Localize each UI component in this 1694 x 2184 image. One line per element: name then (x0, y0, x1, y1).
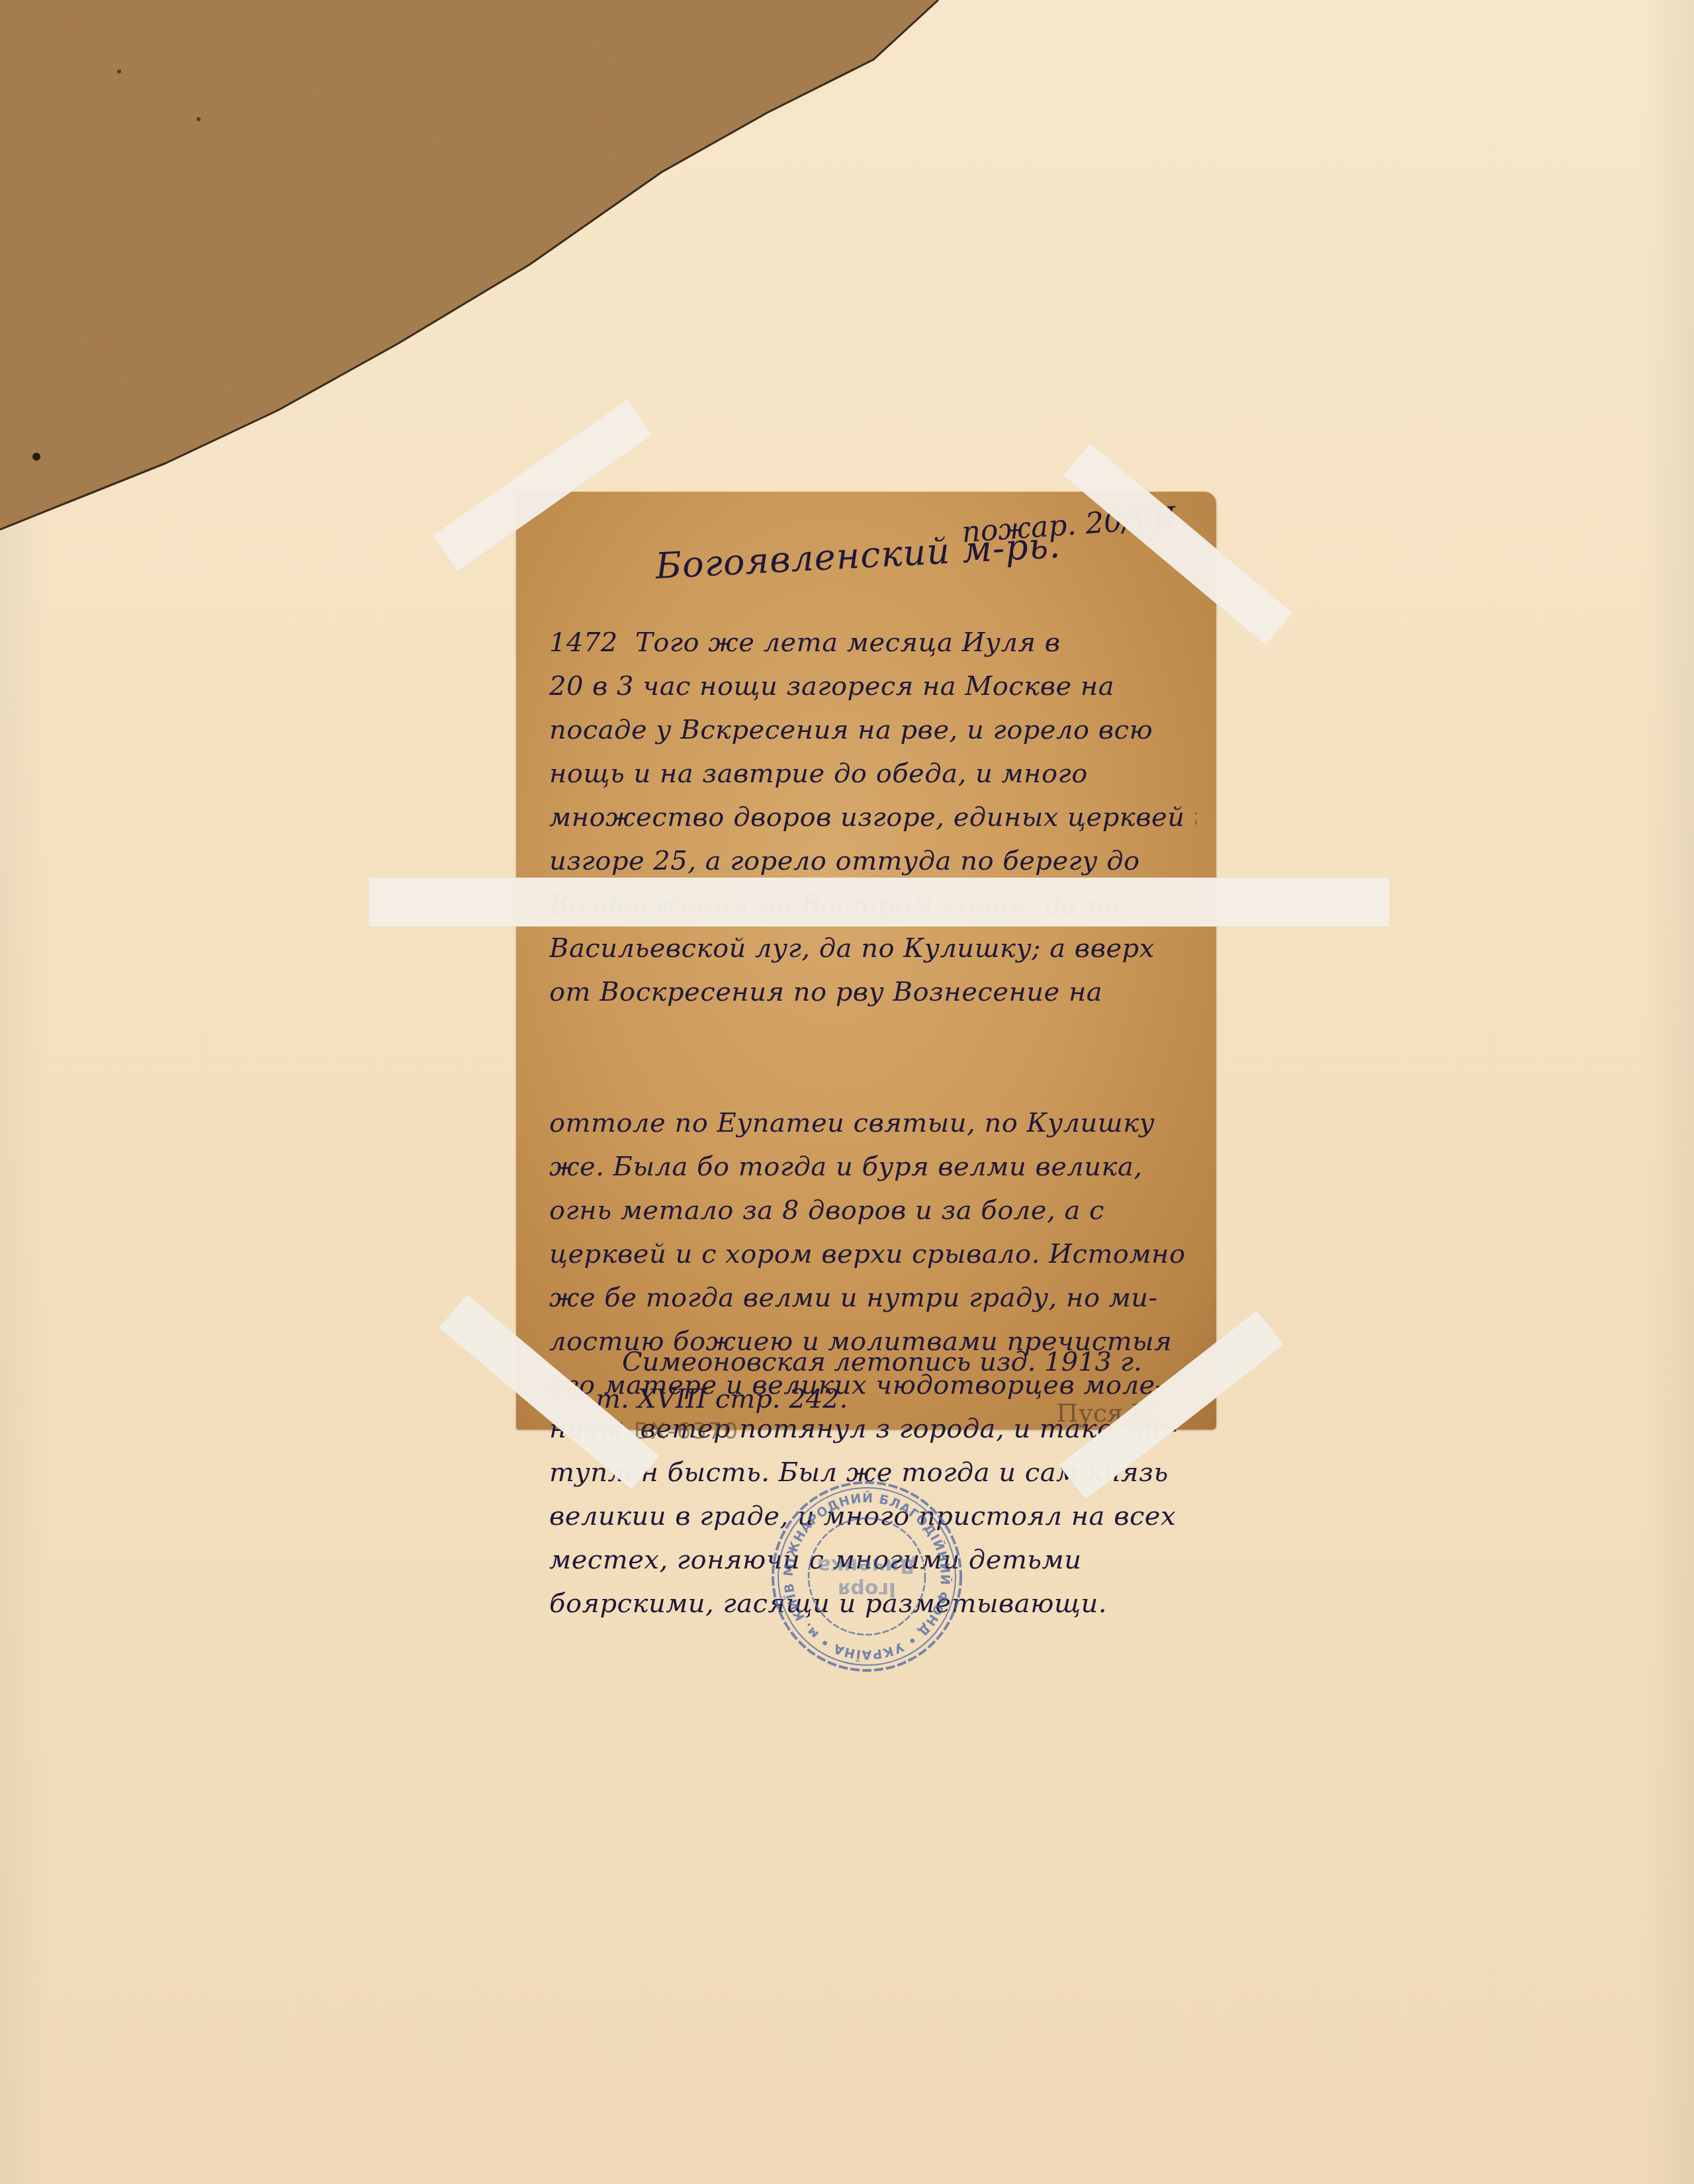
stamp-center-line1: Ігоря (838, 1578, 896, 1601)
body-line: Васильевской луг, да по Кулишку; а вверх (549, 927, 1196, 970)
body-line: посаде у Вскресения на рве, и горело всю (549, 708, 1196, 752)
body-line: же. Была бо тогда и буря велми велика, (549, 1145, 1196, 1189)
body-line: оттоле по Еупатеи святыи, по Кулишку (549, 1101, 1196, 1145)
body-line: изгоре 25, а горело оттуда по берегу до (549, 839, 1196, 883)
tape-strip-horizontal (369, 878, 1390, 927)
body-line: огнь метало за 8 дворов и за боле, а с (549, 1189, 1196, 1232)
foundation-stamp-icon: МІЖНАРОДНИЙ БЛАГОДІЙНИЙ ФОНД • УКРАЇНА •… (768, 1477, 966, 1676)
source-volume: т. XVIII стр. 242. (596, 1384, 848, 1414)
year-label: 1472 (549, 621, 635, 664)
stamp-center-line2: Диченка (817, 1554, 916, 1577)
covered-line (549, 1014, 1196, 1058)
body-line: нощь и на завтрие до обеда, и много (549, 752, 1196, 796)
body-line: 1472Того же лета месяца Иуля в (549, 621, 1196, 664)
body-line: множество дворов изгоре, единых церквей … (549, 796, 1196, 839)
body-line: 20 в 3 час нощи загореся на Москве на (549, 664, 1196, 708)
covered-line (549, 1058, 1196, 1101)
body-line: же бе тогда велми и нутри граду, но ми- (549, 1276, 1196, 1320)
body-line: церквей и с хором верхи срывало. Истомно (549, 1232, 1196, 1276)
body-line: от Воскресения по рву Вознесение на (549, 970, 1196, 1014)
card-handwriting: пожар. 20/VII Богоявленский м-рь. 1472То… (549, 512, 1196, 1416)
archival-card: пожар. 20/VII Богоявленский м-рь. 1472То… (516, 492, 1216, 1430)
source-citation: Симеоновская летопись изд. 1913 г. (622, 1342, 1142, 1382)
header-title: Богоявленский м-рь. (654, 524, 1062, 587)
